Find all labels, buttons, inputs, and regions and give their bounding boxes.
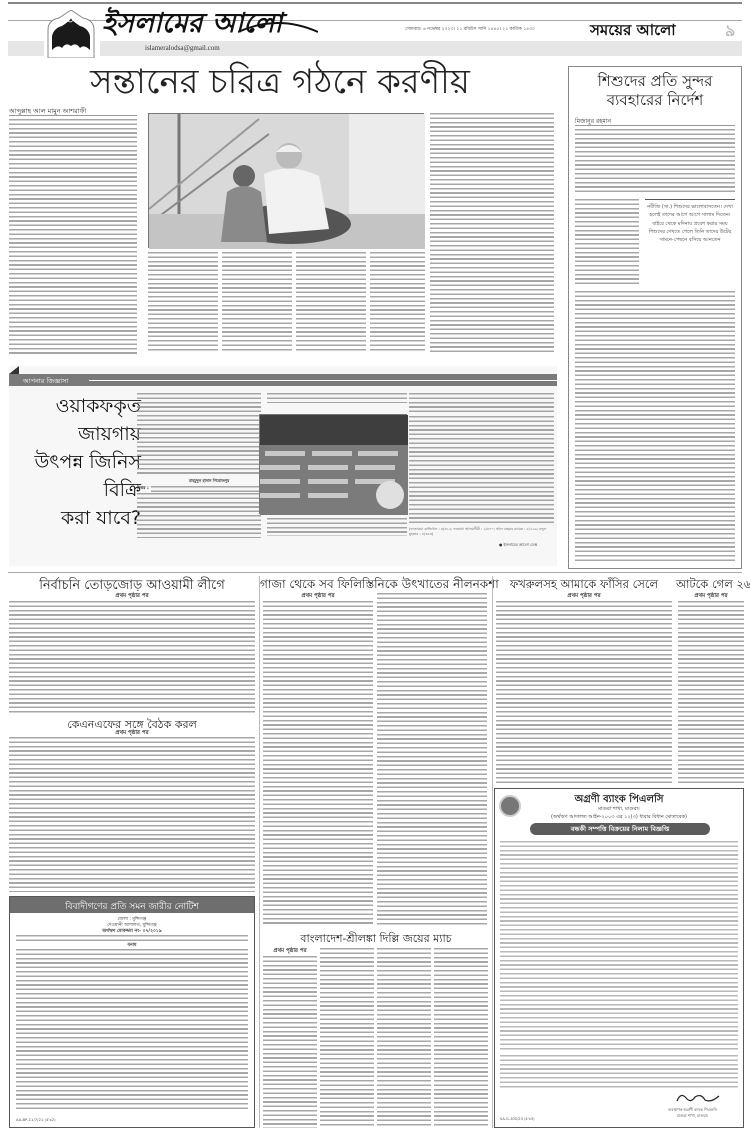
dateline: সোমবার। ৬ নভেম্বর ২০২৩। ২১ রবিউস সানি ১৪… xyxy=(405,26,535,33)
article-headline-cricket: বাংলাদেশ-শ্রীলঙ্কা দিল্লি জয়ের ম্যাচ xyxy=(263,930,489,949)
qa-col2-top xyxy=(267,393,407,403)
notice-case-no: অর্থঋণ মোকদ্দমা নং- ০৭/২০১৯ xyxy=(10,928,254,935)
section-divider xyxy=(8,572,742,573)
article-jump-awami: প্রথম পৃষ্ঠার পর xyxy=(9,593,255,601)
qa-col2-bottom xyxy=(267,518,407,536)
lead-col-4-text xyxy=(296,252,366,352)
qa-headline-line: জায়গায় xyxy=(21,420,141,448)
qa-section-label: আপনার জিজ্ঞাসা xyxy=(23,376,68,387)
auction-banner: বন্ধকী সম্পত্তি বিক্রয়ের নিলাম বিজ্ঞপ্ত… xyxy=(530,824,710,835)
lead-col-4b-text xyxy=(370,252,425,352)
lead-col-5-text xyxy=(430,113,554,353)
qa-question-text xyxy=(137,393,261,476)
qa-question-headline: ওয়াকফকৃত জায়গায় উৎপন্ন জিনিস বিক্রি ক… xyxy=(21,392,141,532)
auction-body-text xyxy=(500,841,738,1051)
title-swash xyxy=(238,20,318,34)
qa-answer-label: উত্তর : xyxy=(137,485,149,492)
article-text-knf xyxy=(9,737,255,892)
email-text: islameralodsa@gmail.com xyxy=(145,44,220,52)
qa-answer-first xyxy=(151,486,261,492)
sidebar-pull-quote: নবীজি (সা.) শিশুদের ভালোবাসতেন। দেখা হলে… xyxy=(645,203,735,244)
qa-credit: ● ইসলামের আলো ডেস্ক xyxy=(499,542,537,549)
notice-versus: বনাম xyxy=(10,942,254,949)
signature-icon xyxy=(675,1091,725,1105)
qa-header-line xyxy=(89,380,557,381)
qa-references: (ফাতাওয়া কাজিখান : ৩/৩১৫; ফতোয়া আলমগীর… xyxy=(409,527,554,537)
article-text-cricket-2 xyxy=(320,948,374,1128)
sidebar-article: শিশুদের প্রতি সুন্দর ব্যবহারের নির্দেশ ম… xyxy=(568,66,742,569)
qa-corner-flag xyxy=(9,366,19,374)
qa-credit-text: ইসলামের আলো ডেস্ক xyxy=(504,542,538,547)
article-jump-gaza: প্রথম পৃষ্ঠার পর xyxy=(263,593,373,601)
lead-photo xyxy=(148,113,424,248)
qa-headline-line: করা যাবে? xyxy=(21,504,141,532)
article-text-cricket-3 xyxy=(377,948,431,1128)
byline-rule xyxy=(9,115,137,116)
qa-col3-text xyxy=(409,416,554,526)
mosque-dome-icon xyxy=(44,10,98,58)
qa-asker: মাহমুদুল হাসান পিরোজপুর xyxy=(189,478,229,485)
court-notice: বিবাদীগণের প্রতি সমন জারীর নোটিশ জেলা : … xyxy=(9,896,255,1128)
lead-col-1-text xyxy=(9,119,137,355)
auction-schedule-text xyxy=(500,1055,738,1089)
qa-col3-top xyxy=(409,393,554,413)
notice-body xyxy=(16,949,248,1111)
notice-footer-code: AA-BP-11/7/21 (4'x2) xyxy=(16,1117,56,1122)
sidebar-headline-2: ব্যবহারের নির্দেশ xyxy=(569,89,741,114)
qa-section: আপনার জিজ্ঞাসা ওয়াকফকৃত জায়গায় উৎপন্ন… xyxy=(9,366,557,566)
article-text-cricket-1 xyxy=(263,956,317,1128)
article-jump-cricket: প্রথম পৃষ্ঠার পর xyxy=(263,948,317,956)
article-jump-fakhrul: প্রথম পৃষ্ঠার পর xyxy=(494,593,674,601)
bank-ref-code: SA-G-305/23 (4'x3) xyxy=(500,1117,535,1121)
sidebar-text-bottom xyxy=(575,291,735,563)
qa-photo xyxy=(259,414,407,514)
bank-auction-ad: অগ্রণী ব্যাংক পিএলসি মাগুরা শাখা, মাগুরা… xyxy=(494,788,744,1128)
qa-headline-line: উৎপন্ন জিনিস xyxy=(21,448,141,476)
sidebar-text-left xyxy=(575,199,639,287)
masthead: ইসলামের আলো islameralodsa@gmail.com সোমব… xyxy=(0,0,750,58)
masthead-band-left xyxy=(8,41,44,56)
bank-law-line: (অর্থঋণ আদালত আইন-২০০৩ এর ১২(৩) ধারার বি… xyxy=(495,814,743,822)
column-rule xyxy=(259,576,260,1128)
article-text-fakhrul xyxy=(496,601,672,783)
article-text-261 xyxy=(678,601,744,783)
sidebar-text-top xyxy=(575,129,735,195)
column-rule xyxy=(492,576,493,1128)
lead-col-3-text xyxy=(222,252,292,352)
qa-answer-text xyxy=(137,493,261,538)
paper-name: সময়ের আলো xyxy=(590,19,676,44)
sidebar-byline-rule xyxy=(575,125,735,126)
pullquote-rule xyxy=(645,199,735,200)
notice-plaintiff xyxy=(16,935,248,941)
lead-col-2-text xyxy=(148,252,218,352)
qa-headline-line: বিক্রি xyxy=(21,476,141,504)
qa-headline-line: ওয়াকফকৃত xyxy=(21,392,141,420)
article-text-gaza-2 xyxy=(377,593,487,926)
bank-signatory-branch: মাগুরা শাখা, মাগুরা। xyxy=(645,1113,740,1120)
page-number: ৯ xyxy=(725,18,735,45)
article-text-cricket-4 xyxy=(434,948,488,1128)
lead-headline: সন্তানের চরিত্র গঠনে করণীয় xyxy=(0,62,560,102)
notice-title: বিবাদীগণের প্রতি সমন জারীর নোটিশ xyxy=(10,899,254,914)
article-text-awami xyxy=(9,601,255,713)
article-text-gaza-1 xyxy=(263,601,373,926)
article-jump-261: প্রথম পৃষ্ঠার পর xyxy=(676,593,746,601)
bank-branch: মাগুরা শাখা, মাগুরা। xyxy=(495,806,743,814)
